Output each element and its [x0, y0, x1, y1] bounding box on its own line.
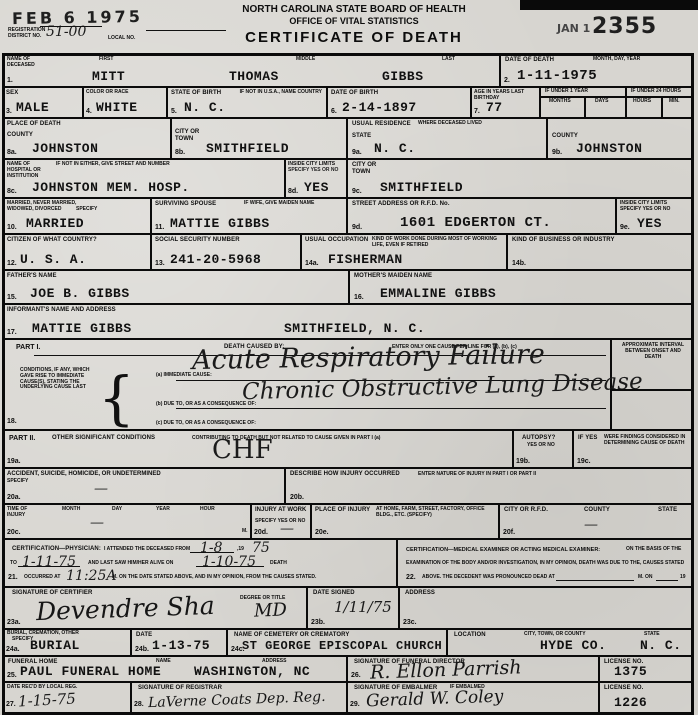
cemetery-value: ST GEORGE EPISCOPAL CHURCH — [242, 639, 442, 653]
field-19c-findings: IF YES WERE FINDINGS CONSIDERED IN DETER… — [574, 431, 694, 469]
findings-sub: WERE FINDINGS CONSIDERED IN DETERMINING … — [604, 435, 690, 447]
pod-county-num: 8a. — [7, 149, 17, 156]
physician-to-label: TO — [10, 561, 17, 567]
location-value: HYDE CO. — [540, 638, 606, 653]
part1-num: 18. — [7, 418, 17, 425]
location-sub: CITY, TOWN, OR COUNTY — [524, 632, 586, 638]
hospital-label-3: INSTITUTION — [7, 174, 38, 180]
name-num: 1. — [7, 77, 13, 84]
field-8c-hospital: NAME OF HOSPITAL OR INSTITUTION IF NOT I… — [4, 160, 286, 199]
findings-num: 19c. — [577, 458, 591, 465]
recd-num: 27. — [6, 701, 16, 708]
hospital-num: 8c. — [7, 188, 17, 195]
mother-num: 16. — [354, 294, 364, 301]
examiner-title: CERTIFICATION—MEDICAL EXAMINER OR ACTING… — [406, 547, 600, 553]
pod-city-num: 8b. — [175, 149, 185, 156]
field-20e-place-of-injury: PLACE OF INJURY AT HOME, FARM, STREET, F… — [312, 505, 500, 540]
occupation-label: USUAL OCCUPATION — [305, 237, 368, 244]
citizen-num: 12. — [7, 260, 17, 267]
injury-state-label: STATE — [658, 507, 677, 514]
dod-label: DATE OF DEATH — [505, 57, 554, 64]
injury-county-label: COUNTY — [584, 507, 610, 514]
cert-number-month-stamp: JAN 1 — [557, 22, 590, 35]
field-29-embalmer-signature: SIGNATURE OF EMBALMER IF EMBALMED 29. Ge… — [348, 683, 600, 715]
occupation-sub: KIND OF WORK DONE DURING MOST OF WORKING… — [372, 237, 502, 249]
burial-num: 24a. — [6, 646, 20, 653]
address-label: ADDRESS — [405, 590, 435, 597]
dod-sub: MONTH, DAY, YEAR — [593, 57, 640, 63]
injury-county-value: — — [584, 517, 598, 533]
icl8d-value: YES — [304, 180, 329, 195]
field-11-surviving-spouse: SURVIVING SPOUSE IF WIFE, GIVE MAIDEN NA… — [152, 199, 348, 235]
residence-state-value: N. C. — [374, 141, 416, 156]
injury-col-day: DAY — [112, 507, 122, 513]
registrar-num: 28. — [134, 701, 144, 708]
father-num: 15. — [7, 294, 17, 301]
pod-header: PLACE OF DEATH — [7, 121, 61, 128]
physician-num: 21. — [8, 574, 18, 581]
work-label: INJURY AT WORK — [255, 507, 309, 514]
embalmer-signature: Gerald W. Coley — [366, 687, 504, 712]
ssn-num: 13. — [155, 260, 165, 267]
field-28-registrar-signature: SIGNATURE OF REGISTRAR 28. LaVerne Coats… — [132, 683, 348, 715]
residence-city-value: SMITHFIELD — [380, 180, 463, 195]
board-name: NORTH CAROLINA STATE BOARD OF HEALTH — [204, 4, 504, 15]
field-20c-time-of-injury: TIME OF INJURY MONTH DAY YEAR HOUR 20c. … — [4, 505, 252, 540]
death-certificate-scan: FEB 6 1975 REGISTRATION DISTRICT NO. 51-… — [0, 0, 698, 715]
residence-state-label: STATE — [352, 133, 371, 140]
field-4-race: COLOR OR RACE 4. WHITE — [84, 88, 168, 119]
name-middle-value: THOMAS — [229, 69, 279, 84]
office-name: OFFICE OF VITAL STATISTICS — [204, 16, 504, 26]
findings-label: IF YES — [578, 435, 598, 442]
occupation-num: 14a. — [305, 260, 319, 267]
name-last-value: GIBBS — [382, 69, 424, 84]
marital-num: 10. — [7, 224, 17, 231]
part1-conditions-note: CONDITIONS, IF ANY, WHICH GAVE RISE TO I… — [20, 368, 94, 391]
certifier-signature: Devendre Sha — [36, 591, 216, 626]
registrar-label: SIGNATURE OF REGISTRAR — [138, 685, 222, 692]
funeral-license-value: 1375 — [614, 664, 647, 679]
examiner-line3: ABOVE. THE DECEDENT WAS PRONOUNCED DEAD … — [422, 575, 555, 581]
field-24-location: LOCATION CITY, TOWN, OR COUNTY STATE HYD… — [448, 630, 694, 657]
field-19b-autopsy: AUTOPSY? YES OR NO 19b. — [514, 431, 574, 469]
field-24c-cemetery: NAME OF CEMETERY OR CREMATORY 24c. ST GE… — [228, 630, 448, 657]
field-9d-street-address: STREET ADDRESS OR R.F.D. No. 9d. 1601 ED… — [348, 199, 617, 235]
sob-num: 5. — [171, 108, 177, 115]
field-20b-describe-injury: DESCRIBE HOW INJURY OCCURRED ENTER NATUR… — [286, 469, 694, 505]
field-7-age: AGE IN YEARS LAST BIRTHDAY 7. 77 — [472, 88, 541, 119]
describe-sub: ENTER NATURE OF INJURY IN PART I OR PART… — [418, 472, 536, 478]
mother-label: MOTHER'S MAIDEN NAME — [354, 273, 432, 280]
citizen-label: CITIZEN OF WHAT COUNTRY? — [7, 237, 97, 244]
physician-alive-line — [196, 556, 264, 567]
field-23a-signature-of-certifier: SIGNATURE OF CERTIFIER DEGREE OR TITLE 2… — [4, 588, 308, 630]
director-signature: R. Ellon Parrish — [370, 656, 522, 683]
field-14a-occupation: USUAL OCCUPATION KIND OF WORK DONE DURIN… — [302, 235, 508, 271]
registration-label-line2: DISTRICT NO. — [8, 34, 41, 40]
address-num: 23c. — [403, 619, 417, 626]
field-14b-industry: KIND OF BUSINESS OR INDUSTRY 14b. — [508, 235, 694, 271]
autopsy-num: 19b. — [516, 458, 530, 465]
part2-value: CHF — [212, 435, 273, 465]
accident-sub: SPECIFY — [7, 479, 28, 485]
field-9c-residence-city: CITY OR TOWN 9c. SMITHFIELD — [348, 160, 694, 199]
age-num: 7. — [474, 108, 480, 115]
street-label: STREET ADDRESS OR R.F.D. No. — [352, 201, 450, 208]
residence-header-sub: WHERE DECEASED LIVED — [418, 121, 482, 127]
field-23c-address: ADDRESS 23c. — [400, 588, 694, 630]
injury-label-2: INJURY — [7, 513, 25, 519]
icl8d-num: 8d. — [288, 188, 298, 195]
place-num: 20e. — [315, 529, 329, 536]
part2-title: OTHER SIGNIFICANT CONDITIONS — [52, 435, 155, 442]
field-funeral-license: LICENSE NO. 1375 — [600, 657, 694, 683]
field-25-funeral-home: FUNERAL HOME NAME ADDRESS 25. PAUL FUNER… — [4, 657, 348, 683]
examiner-on-line — [656, 570, 678, 581]
marital-sub: SPECIFY — [76, 207, 97, 213]
location-label: LOCATION — [454, 632, 486, 639]
part2-label: PART II. — [9, 435, 35, 442]
work-num: 20d. — [254, 529, 268, 536]
field-6-date-of-birth: DATE OF BIRTH 6. 2-14-1897 — [328, 88, 472, 119]
father-label: FATHER'S NAME — [7, 273, 57, 280]
field-8b-city-of-death: CITY OR TOWN 8b. SMITHFIELD — [172, 119, 348, 160]
location-state-value: N. C. — [640, 638, 682, 653]
father-value: JOE B. GIBBS — [30, 286, 130, 301]
under24h-divider — [661, 96, 663, 119]
marital-value: MARRIED — [26, 216, 84, 231]
examiner-m-on: M. ON — [638, 575, 652, 581]
spouse-num: 11. — [155, 224, 164, 231]
work-value: — — [280, 521, 294, 537]
dod-num: 2. — [504, 77, 510, 84]
under24h-label: IF UNDER 24 HOURS — [631, 89, 681, 95]
district-no-line — [40, 26, 102, 27]
spouse-label: SURVIVING SPOUSE — [155, 201, 216, 208]
date-signed-label: DATE SIGNED — [313, 590, 355, 597]
residence-county-label: COUNTY — [552, 133, 578, 140]
certification-medical-examiner: CERTIFICATION—MEDICAL EXAMINER OR ACTING… — [398, 540, 694, 588]
interval-label: APPROXIMATE INTERVAL BETWEEN ONSET AND D… — [617, 343, 689, 360]
sex-label: SEX — [6, 90, 18, 97]
injury-cityrfd-num: 20f. — [503, 529, 515, 536]
ssn-value: 241-20-5968 — [170, 252, 261, 267]
icl8d-sub: SPECIFY YES OR NO — [288, 168, 344, 174]
citizen-value: U. S. A. — [20, 252, 86, 267]
examiner-line2: EXAMINATION OF THE BODY AND/OR INVESTIGA… — [406, 561, 688, 567]
street-num: 9d. — [352, 224, 362, 231]
field-8d-inside-city-limits: INSIDE CITY LIMITS SPECIFY YES OR NO 8d.… — [286, 160, 348, 199]
spouse-value: MATTIE GIBBS — [170, 216, 270, 231]
field-embalmer-license: LICENSE NO. 1226 — [600, 683, 694, 715]
field-24b-burial-date: DATE 24b. 1-13-75 — [132, 630, 228, 657]
embalmer-license-value: 1226 — [614, 695, 647, 710]
sex-num: 3. — [6, 108, 12, 115]
field-20d-injury-at-work: INJURY AT WORK SPECIFY YES OR NO 20d. — — [252, 505, 312, 540]
hospital-value: JOHNSTON MEM. HOSP. — [32, 180, 190, 195]
field-26-funeral-director-signature: SIGNATURE OF FUNERAL DIRECTOR 26. R. Ell… — [348, 657, 600, 683]
race-value: WHITE — [96, 100, 138, 115]
part1-brace: { — [98, 364, 135, 432]
certifier-degree-value: MD — [254, 599, 288, 621]
director-num: 26. — [351, 672, 361, 679]
residence-header: USUAL RESIDENCE — [352, 121, 411, 128]
accident-num: 20a. — [7, 494, 21, 501]
icl9e-value: YES — [637, 216, 662, 231]
local-no-label: LOCAL NO. — [108, 36, 135, 42]
physician-occurred: OCCURRED AT — [24, 575, 60, 581]
physician-time-value: 11:25A — [66, 568, 116, 584]
marital-label-2: WIDOWED, DIVORCED — [7, 207, 61, 213]
field-20a-accident: ACCIDENT, SUICIDE, HOMICIDE, OR UNDETERM… — [4, 469, 286, 505]
informant-label: INFORMANT'S NAME AND ADDRESS — [7, 307, 116, 314]
registrar-signature: LaVerne Coats Dep. Reg. — [148, 689, 326, 711]
physician-title: CERTIFICATION—PHYSICIAN: — [12, 546, 101, 553]
describe-label: DESCRIBE HOW INJURY OCCURRED — [290, 471, 400, 478]
field-23b-date-signed: DATE SIGNED 23b. 1/11/75 — [308, 588, 400, 630]
pod-county-label: COUNTY — [7, 132, 33, 139]
burial-date-value: 1-13-75 — [152, 638, 210, 653]
physician-tail: M. ON THE DATE STATED ABOVE, AND IN MY O… — [112, 575, 392, 581]
injury-value: — — [90, 515, 104, 531]
field-10-marital-status: MARRIED, NEVER MARRIED, WIDOWED, DIVORCE… — [4, 199, 152, 235]
examiner-yr: 19 — [680, 575, 686, 581]
name-col-first: FIRST — [99, 57, 113, 63]
field-1-name-of-deceased: NAME OF DECEASED FIRST MIDDLE LAST 1. MI… — [4, 55, 501, 88]
sob-value: N. C. — [184, 100, 226, 115]
field-13-ssn: SOCIAL SECURITY NUMBER 13. 241-20-5968 — [152, 235, 302, 271]
race-num: 4. — [86, 108, 92, 115]
sex-value: MALE — [16, 100, 49, 115]
injury-m-suffix: M. — [242, 529, 248, 535]
funeral-name-value: PAUL FUNERAL HOME — [20, 664, 161, 679]
icl9e-num: 9e. — [620, 224, 630, 231]
part1-c-label: (c) DUE TO, OR AS A CONSEQUENCE OF: — [156, 421, 256, 427]
under1yr-label: IF UNDER 1 YEAR — [545, 89, 588, 95]
under1yr-divider — [584, 96, 586, 119]
physician-death-word: DEATH — [270, 561, 287, 567]
under24h-min: MIN. — [669, 99, 680, 105]
under24h-hours: HOURS — [633, 99, 651, 105]
field-12-citizen: CITIZEN OF WHAT COUNTRY? 12. U. S. A. — [4, 235, 152, 271]
field-9a-residence-state: USUAL RESIDENCE WHERE DECEASED LIVED STA… — [348, 119, 548, 160]
race-label: COLOR OR RACE — [86, 90, 129, 96]
place-sub: AT HOME, FARM, STREET, FACTORY, OFFICE B… — [376, 507, 494, 519]
place-label: PLACE OF INJURY — [315, 507, 370, 514]
name-label-2: DECEASED — [7, 63, 35, 69]
name-col-last: LAST — [442, 57, 455, 63]
residence-city-num: 9c. — [352, 188, 362, 195]
occupation-value: FISHERMAN — [328, 252, 403, 267]
scan-black-bar — [520, 0, 698, 10]
age-label: AGE IN YEARS LAST BIRTHDAY — [474, 90, 536, 102]
under1yr-months: MONTHS — [549, 99, 571, 105]
examiner-dead-at-line — [556, 570, 634, 581]
residence-city-label: CITY OR TOWN — [352, 162, 386, 176]
injury-col-month: MONTH — [62, 507, 80, 513]
physician-year-prefix: ,19 — [237, 547, 244, 553]
burial-date-label: DATE — [136, 632, 152, 639]
dod-value: 1-11-1975 — [517, 68, 597, 84]
part1-death-cause: PART I. DEATH CAUSED BY: ENTER ONLY ONE … — [4, 340, 612, 431]
informant-num: 17. — [7, 329, 17, 336]
sob-sub: IF NOT IN U.S.A., NAME COUNTRY — [234, 90, 322, 96]
informant-name-value: MATTIE GIBBS — [32, 321, 132, 336]
industry-num: 14b. — [512, 260, 526, 267]
age-value: 77 — [486, 100, 503, 115]
certificate-title: CERTIFICATE OF DEATH — [204, 29, 504, 46]
field-20f-city-county-state: CITY OR R.F.D. COUNTY STATE 20f. — — [500, 505, 694, 540]
name-col-middle: MIDDLE — [296, 57, 315, 63]
injury-num: 20c. — [7, 529, 21, 536]
physician-from-line — [190, 542, 234, 553]
injury-col-hour: HOUR — [200, 507, 215, 513]
field-under-24-hours: IF UNDER 24 HOURS HOURS MIN. — [627, 88, 694, 119]
injury-col-year: YEAR — [156, 507, 170, 513]
name-first-value: MITT — [92, 69, 125, 84]
date-signed-num: 23b. — [311, 619, 325, 626]
spouse-sub: IF WIFE, GIVE MAIDEN NAME — [244, 201, 314, 207]
burial-value: BURIAL — [30, 638, 80, 653]
cert-number-stamp: 2355 — [592, 14, 657, 39]
dob-num: 6. — [331, 108, 337, 115]
field-2-date-of-death: DATE OF DEATH MONTH, DAY, YEAR 2. 1-11-1… — [501, 55, 694, 88]
hospital-sub: IF NOT IN EITHER, GIVE STREET AND NUMBER — [56, 162, 170, 168]
date-signed-value: 1/11/75 — [334, 598, 392, 616]
accident-value: — — [94, 481, 108, 497]
autopsy-sub: YES OR NO — [527, 443, 555, 449]
field-16-mother-name: MOTHER'S MAIDEN NAME 16. EMMALINE GIBBS — [350, 271, 694, 305]
funeral-address-value: WASHINGTON, NC — [194, 664, 310, 679]
form-title-block: NORTH CAROLINA STATE BOARD OF HEALTH OFF… — [204, 4, 504, 46]
part1-a-value: Acute Respiratory Failure — [192, 339, 545, 376]
ssn-label: SOCIAL SECURITY NUMBER — [155, 237, 240, 244]
pod-city-label: CITY OR TOWN — [175, 129, 209, 143]
embalmer-license-label: LICENSE NO. — [604, 685, 643, 692]
part2-other-conditions: PART II. OTHER SIGNIFICANT CONDITIONS CO… — [4, 431, 514, 469]
mother-value: EMMALINE GIBBS — [380, 286, 496, 301]
residence-county-value: JOHNSTON — [576, 141, 642, 156]
residence-state-num: 9a. — [352, 149, 362, 156]
examiner-basis: ON THE BASIS OF THE — [626, 547, 681, 553]
part1-interval-column: APPROXIMATE INTERVAL BETWEEN ONSET AND D… — [612, 340, 694, 431]
certifier-num: 23a. — [7, 619, 21, 626]
recd-value: 1-15-75 — [18, 689, 77, 710]
physician-to-line — [18, 556, 80, 567]
industry-label: KIND OF BUSINESS OR INDUSTRY — [512, 237, 615, 244]
residence-county-num: 9b. — [552, 149, 562, 156]
field-3-sex: SEX 3. MALE — [4, 88, 84, 119]
pod-city-value: SMITHFIELD — [206, 141, 289, 156]
field-under-1-year: IF UNDER 1 YEAR MONTHS DAYS — [541, 88, 627, 119]
burial-date-num: 24b. — [135, 646, 149, 653]
field-9b-residence-county: COUNTY 9b. JOHNSTON — [548, 119, 694, 160]
part2-num: 19a. — [7, 458, 21, 465]
field-24a-burial: BURIAL, CREMATION, OTHER SPECIFY 24a. BU… — [4, 630, 132, 657]
street-value: 1601 EDGERTON CT. — [400, 215, 551, 231]
injury-city-label: CITY OR R.F.D. — [504, 507, 548, 514]
field-9e-inside-city-limits: INSIDE CITY LIMITS SPECIFY YES OR NO 9e.… — [617, 199, 694, 235]
certification-physician: CERTIFICATION—PHYSICIAN: I ATTENDED THE … — [4, 540, 398, 588]
sob-label: STATE OF BIRTH — [171, 90, 221, 97]
field-8a-county-of-death: PLACE OF DEATH COUNTY 8a. JOHNSTON — [4, 119, 172, 160]
under1yr-days: DAYS — [595, 99, 608, 105]
funeral-num: 25. — [7, 672, 17, 679]
pod-county-value: JOHNSTON — [32, 141, 98, 156]
embalmer-num: 29. — [350, 701, 360, 708]
interval-divider — [612, 389, 694, 391]
dob-label: DATE OF BIRTH — [331, 90, 378, 97]
field-15-father-name: FATHER'S NAME 15. JOE B. GIBBS — [4, 271, 350, 305]
accident-label: ACCIDENT, SUICIDE, HOMICIDE, OR UNDETERM… — [7, 471, 277, 478]
dob-value: 2-14-1897 — [342, 100, 417, 115]
physician-attended: I ATTENDED THE DECEASED FROM — [104, 547, 190, 553]
field-27-date-received: DATE REC'D BY LOCAL REG. 27. 1-15-75 — [4, 683, 132, 715]
location-state-sub: STATE — [644, 632, 660, 638]
icl9e-sub: SPECIFY YES OR NO — [620, 207, 690, 213]
physician-last-saw: AND LAST SAW HIM/HER ALIVE ON — [88, 561, 173, 567]
field-17-informant: INFORMANT'S NAME AND ADDRESS 17. MATTIE … — [4, 305, 694, 340]
describe-num: 20b. — [290, 494, 304, 501]
informant-address-value: SMITHFIELD, N. C. — [284, 321, 425, 336]
field-5-state-of-birth: STATE OF BIRTH IF NOT IN U.S.A., NAME CO… — [168, 88, 328, 119]
examiner-num: 22. — [406, 574, 416, 581]
